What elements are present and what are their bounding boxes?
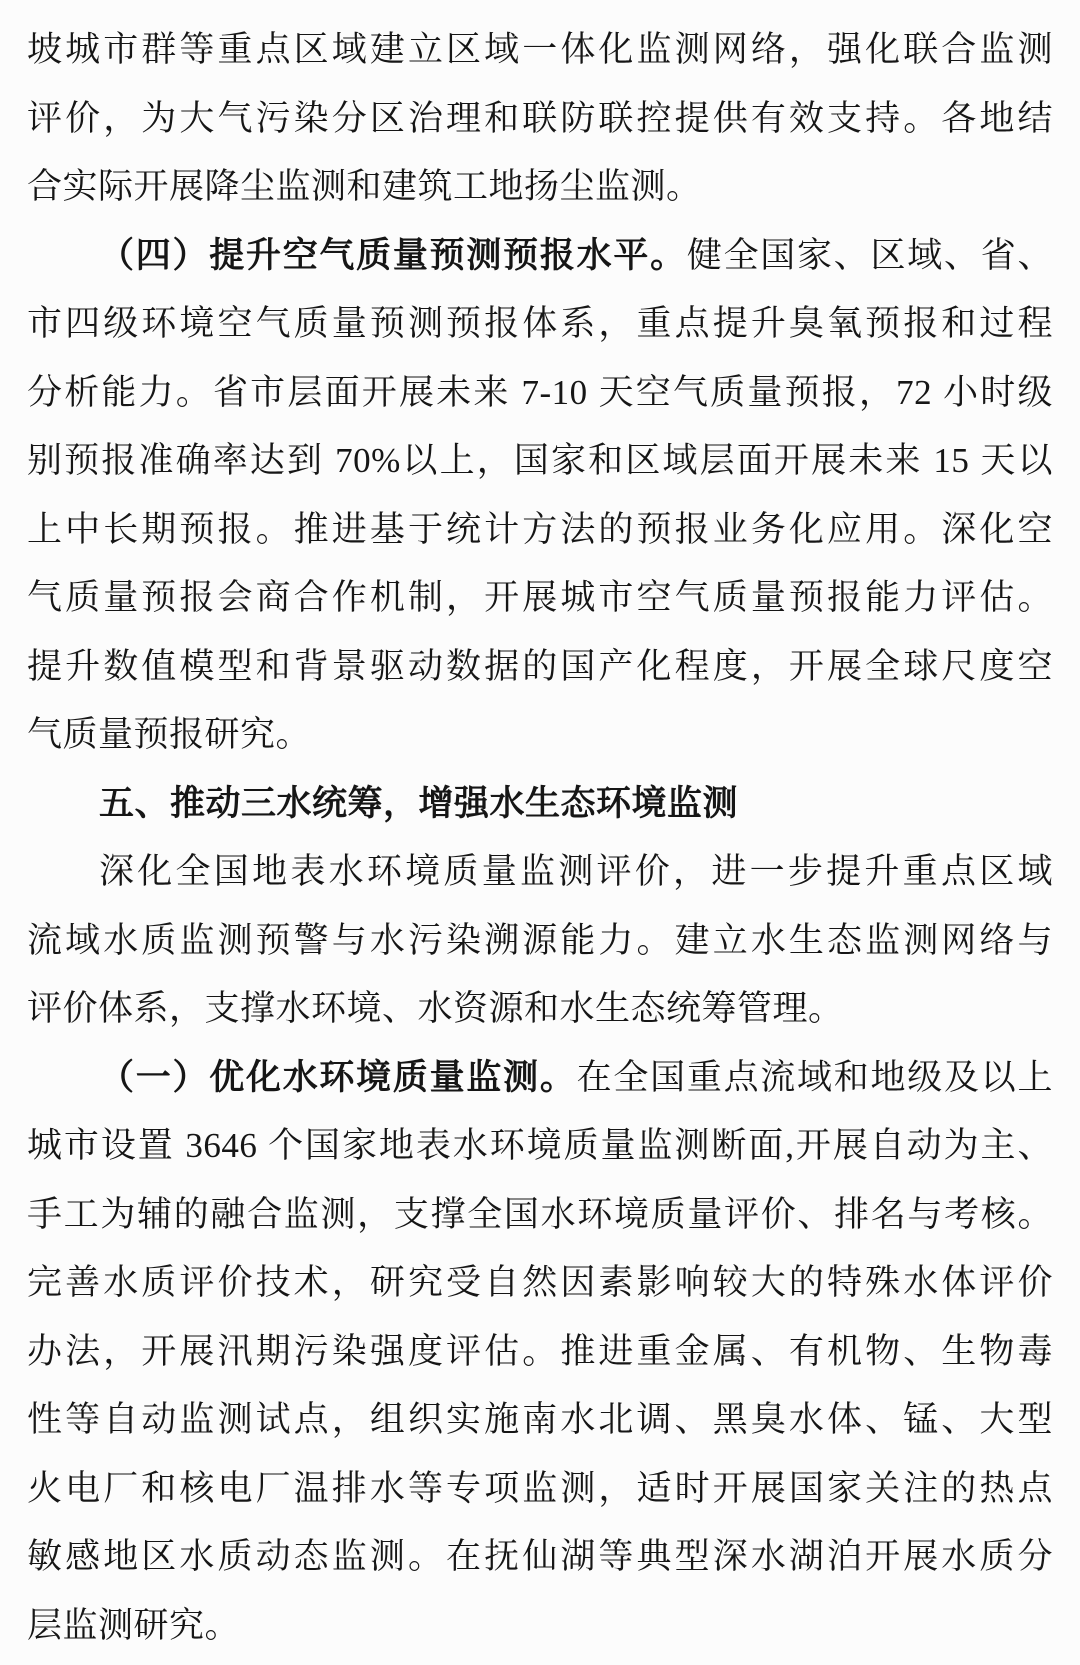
body-text: 气质量预报研究。 [27,715,311,754]
text-line: 气质量预报会商合作机制，开展城市空气质量预报能力评估。 [27,564,1053,633]
body-text: 坡城市群等重点区域建立区域一体化监测网络，强化联合监测 [27,30,1053,69]
body-text: 评价，为大气污染分区治理和联防联控提供有效支持。各地结 [27,99,1053,138]
body-text: 完善水质评价技术，研究受自然因素影响较大的特殊水体评价 [27,1263,1053,1302]
body-text: 健全国家、区域、省、 [687,236,1053,275]
text-line: 敏感地区水质动态监测。在抚仙湖等典型深水湖泊开展水质分 [27,1523,1053,1592]
body-text: 分析能力。省市层面开展未来 7-10 天空气质量预报，72 小时级 [27,373,1053,412]
body-text: 办法，开展汛期污染强度评估。推进重金属、有机物、生物毒 [27,1332,1053,1371]
body-text: 城市设置 3646 个国家地表水环境质量监测断面,开展自动为主、 [27,1126,1053,1165]
text-line: 评价体系，支撑水环境、水资源和水生态统筹管理。 [27,975,1053,1044]
body-text: 性等自动监测试点，组织实施南水北调、黑臭水体、锰、大型 [27,1400,1053,1439]
text-line: 气质量预报研究。 [27,701,1053,770]
body-text: 市四级环境空气质量预测预报体系，重点提升臭氧预报和过程 [27,304,1053,343]
heading-text: （一）优化水环境质量监测。 [99,1058,577,1097]
text-line: 层监测研究。 [27,1592,1053,1661]
body-text: 上中长期预报。推进基于统计方法的预报业务化应用。深化空 [27,510,1053,549]
body-text: 气质量预报会商合作机制，开展城市空气质量预报能力评估。 [27,578,1053,617]
body-text: 层监测研究。 [27,1606,240,1645]
text-line: 分析能力。省市层面开展未来 7-10 天空气质量预报，72 小时级 [27,359,1053,428]
text-line: 办法，开展汛期污染强度评估。推进重金属、有机物、生物毒 [27,1318,1053,1387]
text-line: 合实际开展降尘监测和建筑工地扬尘监测。 [27,153,1053,222]
text-line: 坡城市群等重点区域建立区域一体化监测网络，强化联合监测 [27,16,1053,85]
body-text: 提升数值模型和背景驱动数据的国产化程度，开展全球尺度空 [27,647,1053,686]
text-line: 火电厂和核电厂温排水等专项监测，适时开展国家关注的热点 [27,1455,1053,1524]
heading-text: 五、推动三水统筹，增强水生态环境监测 [99,784,738,823]
body-text: 手工为辅的融合监测，支撑全国水环境质量评价、排名与考核。 [27,1195,1053,1234]
heading-text: （四）提升空气质量预测预报水平。 [99,236,687,275]
text-line: 市四级环境空气质量预测预报体系，重点提升臭氧预报和过程 [27,290,1053,359]
body-text: 深化全国地表水环境质量监测评价，进一步提升重点区域 [99,852,1053,891]
text-line: 完善水质评价技术，研究受自然因素影响较大的特殊水体评价 [27,1249,1053,1318]
text-line: 手工为辅的融合监测，支撑全国水环境质量评价、排名与考核。 [27,1181,1053,1250]
text-line: 评价，为大气污染分区治理和联防联控提供有效支持。各地结 [27,85,1053,154]
body-text: 火电厂和核电厂温排水等专项监测，适时开展国家关注的热点 [27,1469,1053,1508]
section-heading-line: 五、推动三水统筹，增强水生态环境监测 [27,770,1053,839]
section-heading-line: （一）优化水环境质量监测。在全国重点流域和地级及以上 [27,1044,1053,1113]
text-line: 城市设置 3646 个国家地表水环境质量监测断面,开展自动为主、 [27,1112,1053,1181]
text-line: 深化全国地表水环境质量监测评价，进一步提升重点区域 [27,838,1053,907]
body-text: 敏感地区水质动态监测。在抚仙湖等典型深水湖泊开展水质分 [27,1537,1053,1576]
body-text: 别预报准确率达到 70%以上，国家和区域层面开展未来 15 天以 [27,441,1053,480]
text-line: 性等自动监测试点，组织实施南水北调、黑臭水体、锰、大型 [27,1386,1053,1455]
document-page: 坡城市群等重点区域建立区域一体化监测网络，强化联合监测评价，为大气污染分区治理和… [0,0,1080,1665]
text-line: 流域水质监测预警与水污染溯源能力。建立水生态监测网络与 [27,907,1053,976]
body-text: 合实际开展降尘监测和建筑工地扬尘监测。 [27,167,702,206]
body-text: 流域水质监测预警与水污染溯源能力。建立水生态监测网络与 [27,921,1053,960]
body-text: 评价体系，支撑水环境、水资源和水生态统筹管理。 [27,989,844,1028]
text-line: 上中长期预报。推进基于统计方法的预报业务化应用。深化空 [27,496,1053,565]
body-text: 在全国重点流域和地级及以上 [577,1058,1053,1097]
text-line: 别预报准确率达到 70%以上，国家和区域层面开展未来 15 天以 [27,427,1053,496]
section-heading-line: （四）提升空气质量预测预报水平。健全国家、区域、省、 [27,222,1053,291]
text-line: 提升数值模型和背景驱动数据的国产化程度，开展全球尺度空 [27,633,1053,702]
